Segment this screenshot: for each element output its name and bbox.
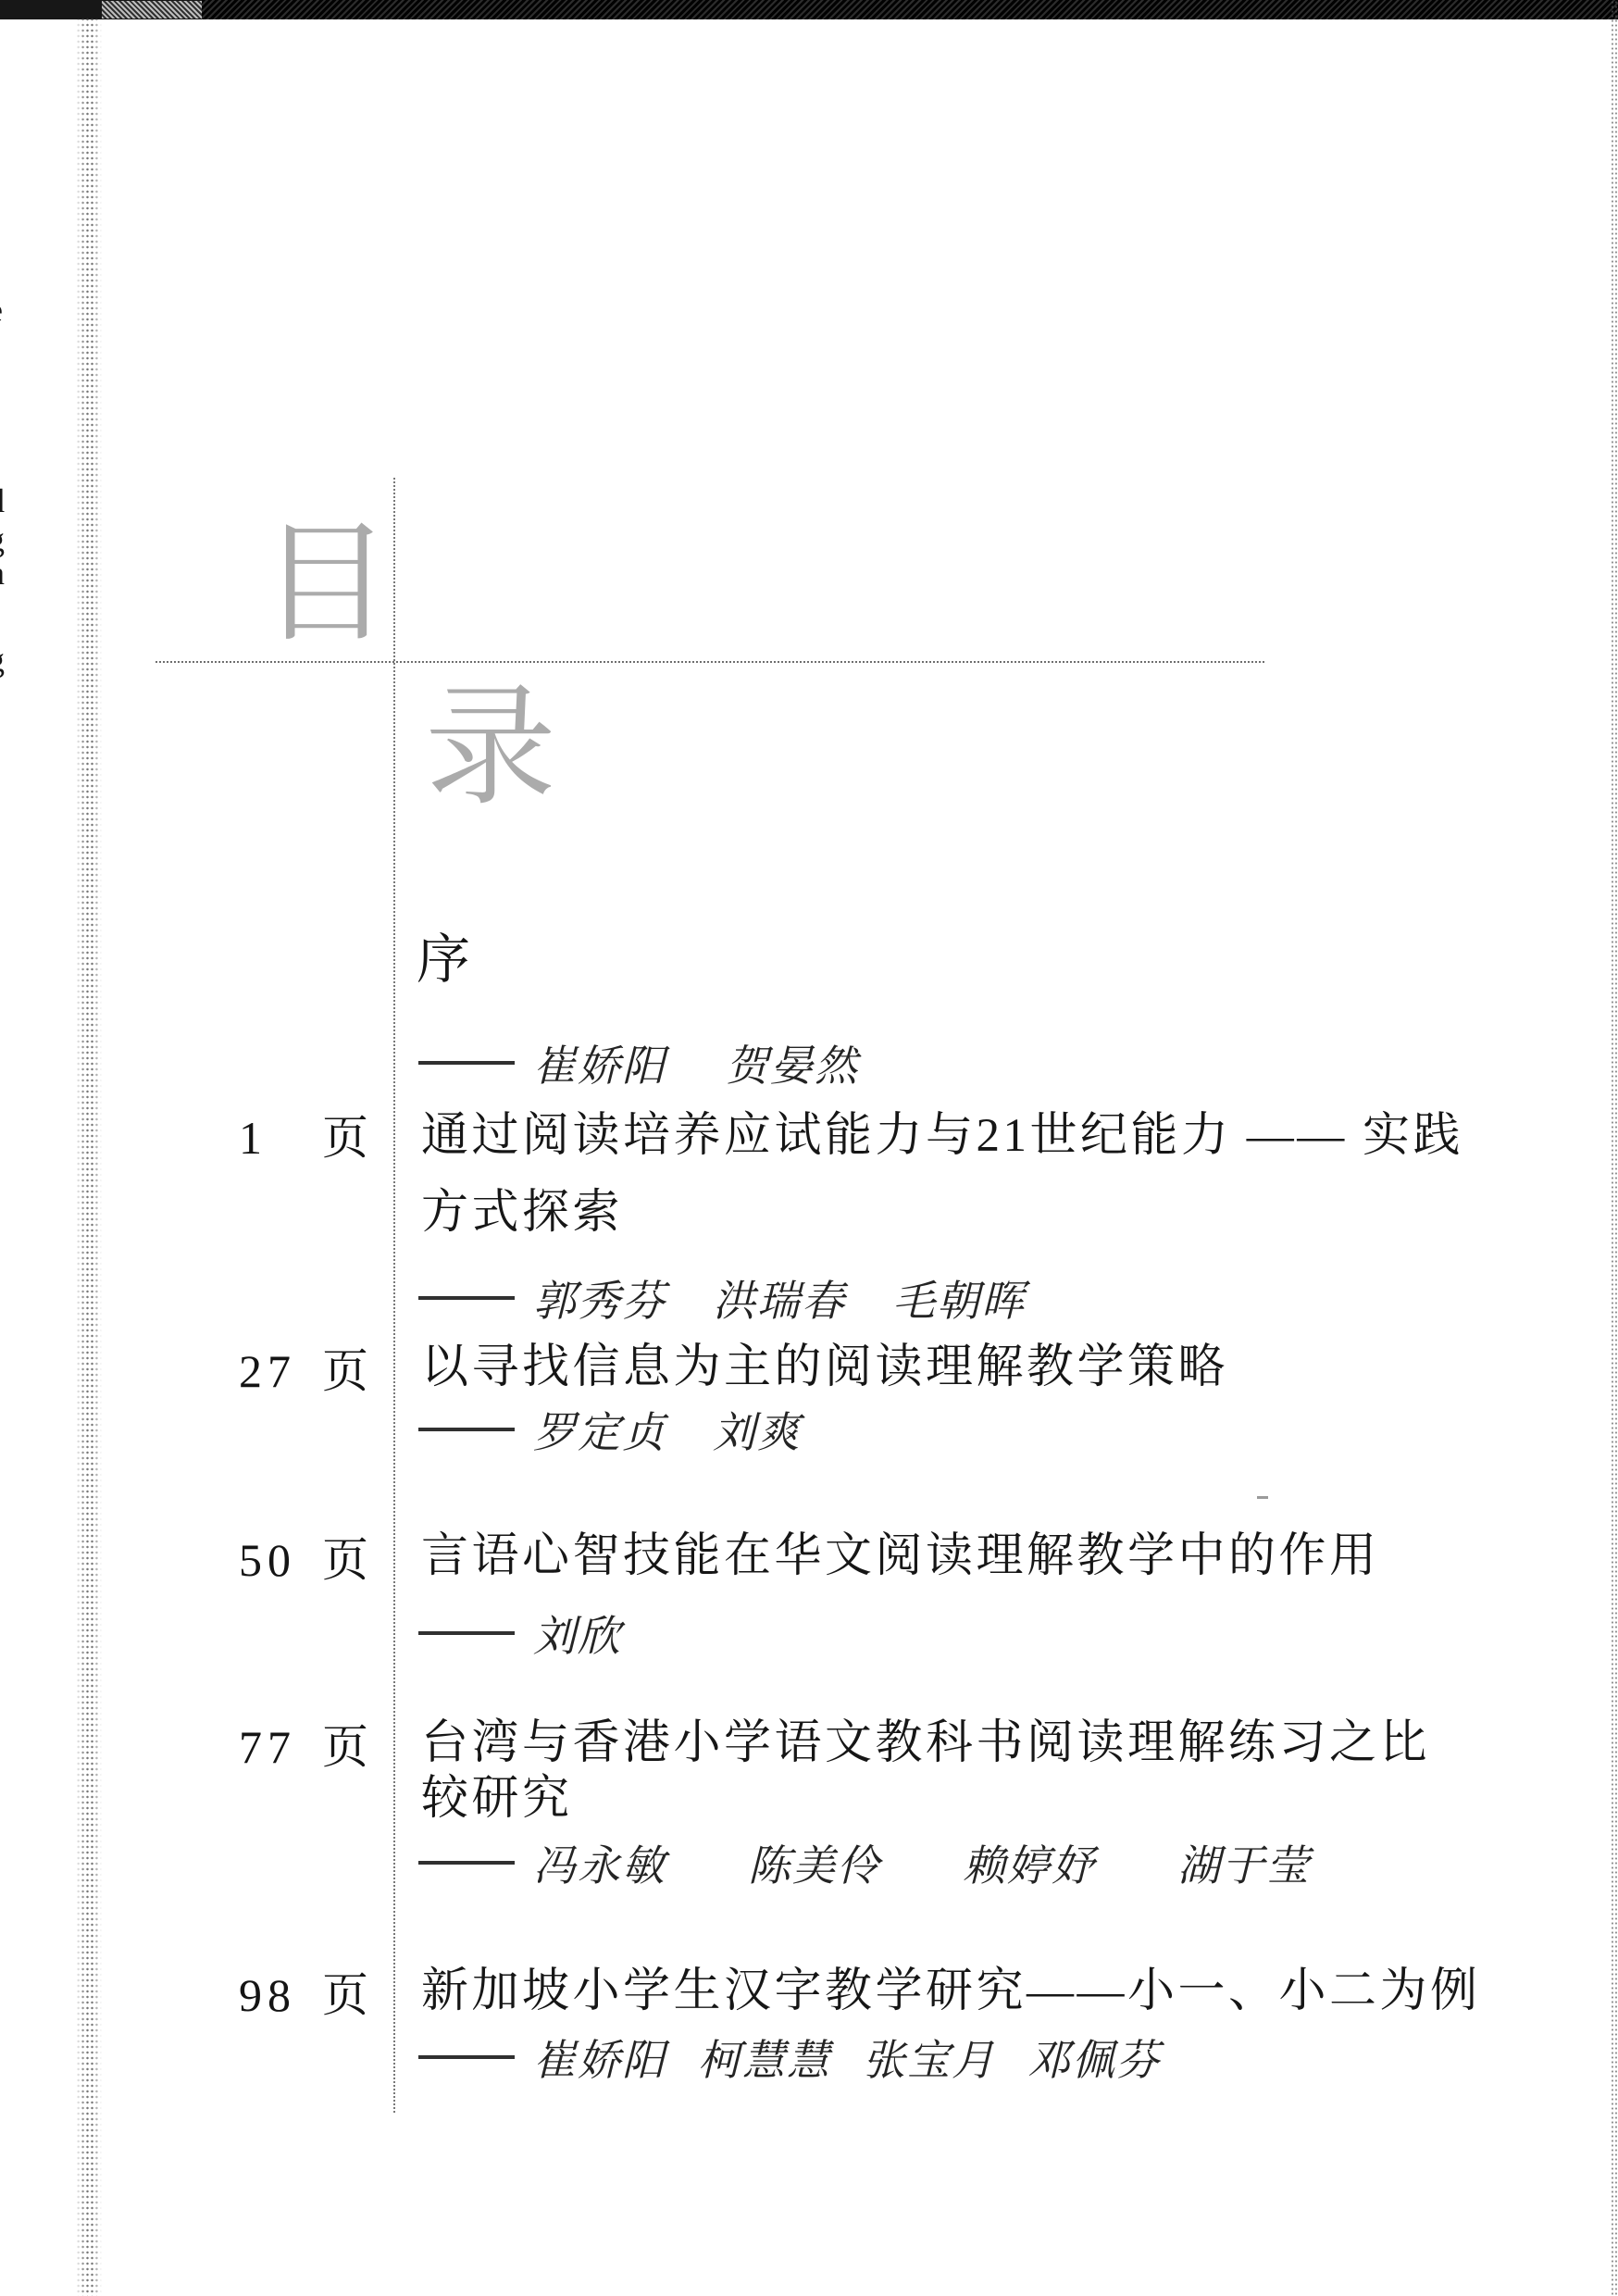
author-dash-rule bbox=[418, 1861, 515, 1865]
margin-fragment: d bbox=[0, 481, 5, 520]
entry-page-label: 页 bbox=[322, 1537, 378, 1583]
author-name: 贺晏然 bbox=[726, 1032, 859, 1093]
entry-page-label: 页 bbox=[322, 1115, 378, 1161]
margin-fragment: n bbox=[0, 554, 5, 593]
entry-title-line: 以寻找信息为主的阅读理解教学策略 bbox=[421, 1344, 1476, 1391]
author-name: 刘欣 bbox=[533, 1603, 622, 1664]
entry-authors: 崔娇阳 柯慧慧 张宝月 邓佩芬 bbox=[418, 2029, 1474, 2085]
author-name: 湖于莹 bbox=[1177, 1832, 1311, 1893]
author-dash-rule bbox=[418, 1061, 515, 1065]
scan-band-dither bbox=[202, 0, 1618, 19]
author-name: 罗定贞 bbox=[533, 1399, 666, 1460]
entry-page-number: 98 bbox=[239, 1972, 318, 2018]
entry-page-label: 页 bbox=[322, 1724, 378, 1770]
page-right-edge-dither bbox=[1611, 0, 1618, 2296]
entry-title-line: 新加坡小学生汉字教学研究——小一、小二为例 bbox=[421, 1968, 1476, 2015]
scan-speck bbox=[1257, 1496, 1268, 1499]
author-dash-rule bbox=[418, 1428, 515, 1431]
author-name: 邓佩芬 bbox=[1027, 2027, 1161, 2088]
margin-fragment: e bbox=[0, 291, 3, 330]
author-name: 柯慧慧 bbox=[698, 2027, 831, 2088]
author-dash-rule bbox=[418, 1296, 515, 1300]
preface-authors: 崔娇阳 贺晏然 bbox=[418, 1035, 1474, 1091]
book-spine-dither bbox=[76, 17, 102, 2296]
author-dash-rule bbox=[418, 1631, 515, 1635]
entry-page-number: 27 bbox=[239, 1348, 318, 1394]
author-name: 毛朝晖 bbox=[892, 1267, 1026, 1329]
entry-page-number: 1 bbox=[239, 1115, 318, 1161]
author-name: 崔娇阳 bbox=[533, 2027, 666, 2088]
horizontal-dotted-rule bbox=[156, 661, 1264, 663]
preface-heading: 序 bbox=[417, 933, 474, 987]
margin-fragment: g bbox=[0, 641, 5, 680]
scan-band-gray-patch bbox=[102, 1, 202, 19]
entry-title-line: 方式探索 bbox=[421, 1190, 1476, 1237]
author-name: 洪瑞春 bbox=[713, 1267, 846, 1329]
entry-title-line: 台湾与香港小学语文教科书阅读理解练习之比 bbox=[421, 1720, 1476, 1767]
author-name: 崔娇阳 bbox=[533, 1032, 666, 1093]
entry-title-line: 言语心智技能在华文阅读理解教学中的作用 bbox=[421, 1533, 1476, 1580]
toc-title-char-lu: 录 bbox=[425, 682, 556, 814]
author-name: 赖婷妤 bbox=[963, 1832, 1096, 1893]
author-name: 刘爽 bbox=[713, 1399, 802, 1460]
entry-authors: 刘欣 bbox=[418, 1605, 1474, 1661]
entry-page-number: 77 bbox=[239, 1724, 318, 1770]
author-name: 郭秀芬 bbox=[533, 1267, 666, 1329]
entry-authors: 冯永敏 陈美伶 赖婷妤 湖于莹 bbox=[418, 1835, 1474, 1890]
vertical-dotted-rule bbox=[393, 478, 395, 2113]
author-name: 陈美伶 bbox=[748, 1832, 881, 1893]
entry-page-label: 页 bbox=[322, 1972, 378, 2018]
author-name: 张宝月 bbox=[863, 2027, 996, 2088]
entry-page-number: 50 bbox=[239, 1537, 318, 1583]
scan-black-band bbox=[0, 0, 1618, 19]
author-dash-rule bbox=[418, 2055, 515, 2059]
entry-title-line: 较研究 bbox=[421, 1776, 1476, 1823]
entry-authors: 郭秀芬 洪瑞春 毛朝晖 bbox=[418, 1270, 1474, 1326]
scanned-toc-page: e . d g n g . : 目 录 序 崔娇阳 贺晏然 1 页 通过阅读培养… bbox=[0, 0, 1618, 2296]
entry-authors: 罗定贞 刘爽 bbox=[418, 1402, 1474, 1457]
toc-title-char-mu: 目 bbox=[260, 518, 392, 650]
entry-title-line: 通过阅读培养应试能力与21世纪能力 —— 实践 bbox=[421, 1113, 1476, 1160]
entry-page-label: 页 bbox=[322, 1348, 378, 1394]
author-name: 冯永敏 bbox=[533, 1832, 666, 1893]
